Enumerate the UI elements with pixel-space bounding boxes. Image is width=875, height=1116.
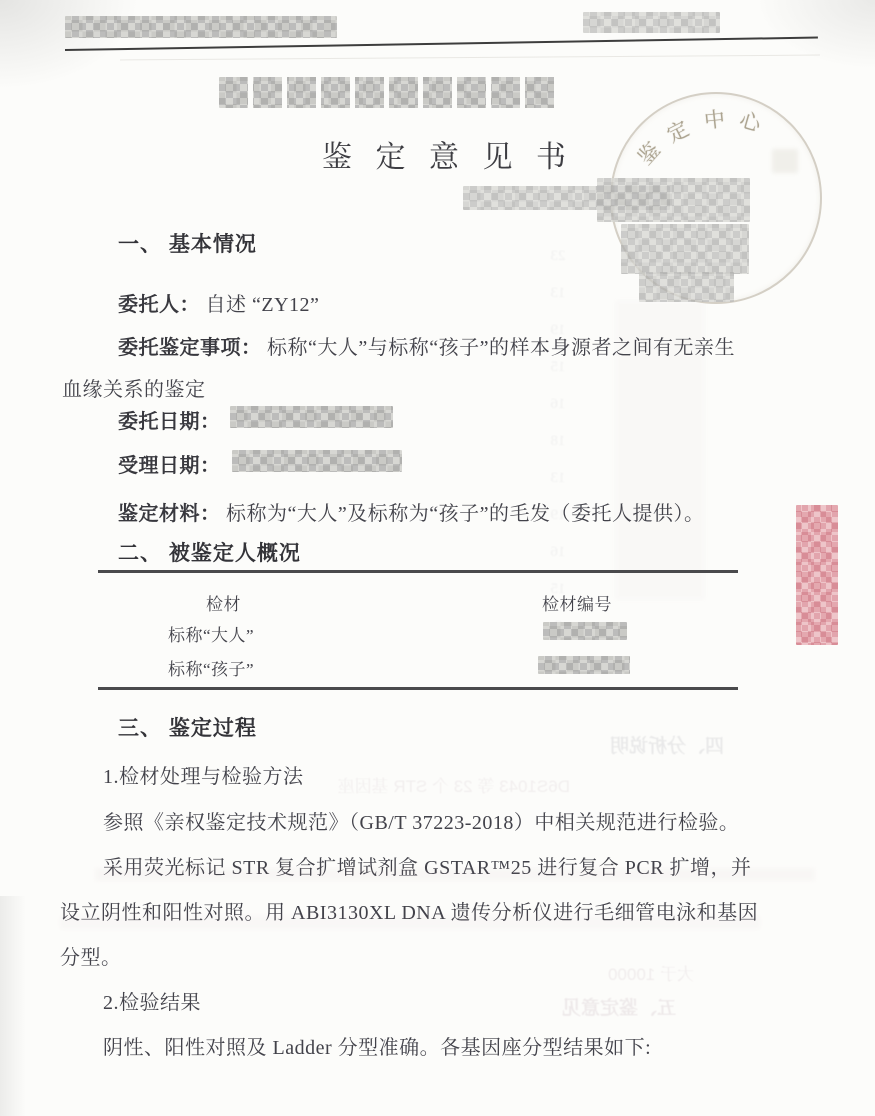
bleedthrough-number: 23 (538, 248, 578, 285)
table-col-header-sample: 检材 (206, 590, 241, 615)
matter-line1: 委托鉴定事项： 标称“大人”与标称“孩子”的样本身源者之间有无亲生 (118, 331, 735, 360)
table-col-header-sample-id: 检材编号 (542, 590, 612, 615)
bleedthrough-smudge (60, 916, 760, 929)
section2-heading: 二、 被鉴定人概况 (118, 537, 301, 567)
materials-label: 鉴定材料： (118, 503, 221, 525)
bleedthrough-loci-line: D6S1043 等 23 个 STR 基因座 (90, 772, 570, 797)
scan-shadow-top-left (0, 0, 140, 90)
redacted-red-stamp-edge (796, 505, 838, 645)
bleedthrough-value-line: 大于 10000 (608, 960, 694, 985)
materials-line: 鉴定材料： 标称为“大人”及标称为“孩子”的毛发（委托人提供）。 (118, 497, 705, 526)
acceptance-date-label: 受理日期： (118, 455, 221, 477)
consignor-line: 委托人： 自述 “ZY12” (118, 288, 319, 317)
table-bottom-rule (98, 687, 738, 690)
document-title: 鉴 定 意 见 书 (322, 132, 574, 176)
consignor-value: 自述 “ZY12” (206, 294, 320, 316)
redacted-acceptance-date (232, 450, 402, 472)
bleedthrough-number: 16 (538, 396, 578, 433)
bleedthrough-opinion-heading: 五、鉴定意见 (562, 993, 676, 1020)
seal-arc-smudge (772, 149, 798, 173)
section3-p1: 参照《亲权鉴定技术规范》（GB/T 37223-2018）中相关规范进行检验。 (103, 806, 739, 835)
materials-value: 标称为“大人”及标称为“孩子”的毛发（委托人提供）。 (226, 503, 705, 525)
section3-p2-line3: 分型。 (60, 941, 122, 970)
redacted-organization-name (219, 77, 556, 108)
redacted-commission-date (230, 406, 393, 428)
seal-arc-char: 鉴 (630, 135, 666, 171)
bleedthrough-analysis-heading: 四、分析说明 (610, 731, 724, 758)
bleedthrough-number: 13 (538, 285, 578, 322)
section3-sub2: 2.检验结果 (103, 986, 201, 1015)
section3-p3: 阴性、阳性对照及 Ladder 分型准确。各基因座分型结果如下: (103, 1031, 651, 1060)
bleedthrough-number: 15 (538, 359, 578, 396)
matter-value-line1: 标称“大人”与标称“孩子”的样本身源者之间有无亲生 (267, 337, 735, 359)
scan-shadow-bottom-left (0, 896, 26, 1116)
section3-heading: 三、 鉴定过程 (118, 712, 257, 742)
seal-arc-char: 心 (736, 104, 764, 139)
commission-date-line: 委托日期： (118, 405, 221, 434)
bleedthrough-number: 18 (538, 433, 578, 470)
matter-line2: 血缘关系的鉴定 (62, 373, 206, 402)
seal-arc-char: 中 (702, 103, 726, 135)
redacted-seal-text-1 (597, 178, 750, 222)
redacted-sample-id-adult (543, 622, 627, 640)
redacted-seal-text-3 (639, 272, 734, 302)
redacted-letterhead-left (65, 16, 337, 38)
scan-shadow-top-right (755, 0, 875, 70)
table-top-rule (98, 570, 738, 573)
redacted-seal-text-2 (621, 224, 749, 274)
header-rule (65, 37, 818, 51)
redacted-sample-id-child (538, 656, 630, 674)
scanned-document-page: 23 13 19 15 16 18 13 19 16 15 9 8 鉴 定 中 … (0, 0, 875, 1116)
matter-label: 委托鉴定事项： (118, 337, 262, 359)
section1-heading: 一、 基本情况 (118, 228, 257, 258)
bleedthrough-number: 16 (538, 544, 578, 581)
acceptance-date-line: 受理日期： (118, 449, 221, 478)
seal-arc-char: 定 (661, 113, 693, 149)
table-row-sample-child: 标称“孩子” (168, 655, 254, 680)
table-row-sample-adult: 标称“大人” (168, 621, 254, 646)
header-rule-bleedthrough (120, 55, 820, 61)
consignor-label: 委托人： (118, 294, 200, 316)
bleedthrough-smudge (95, 868, 815, 881)
redacted-letterhead-right (583, 12, 720, 33)
commission-date-label: 委托日期： (118, 411, 221, 433)
